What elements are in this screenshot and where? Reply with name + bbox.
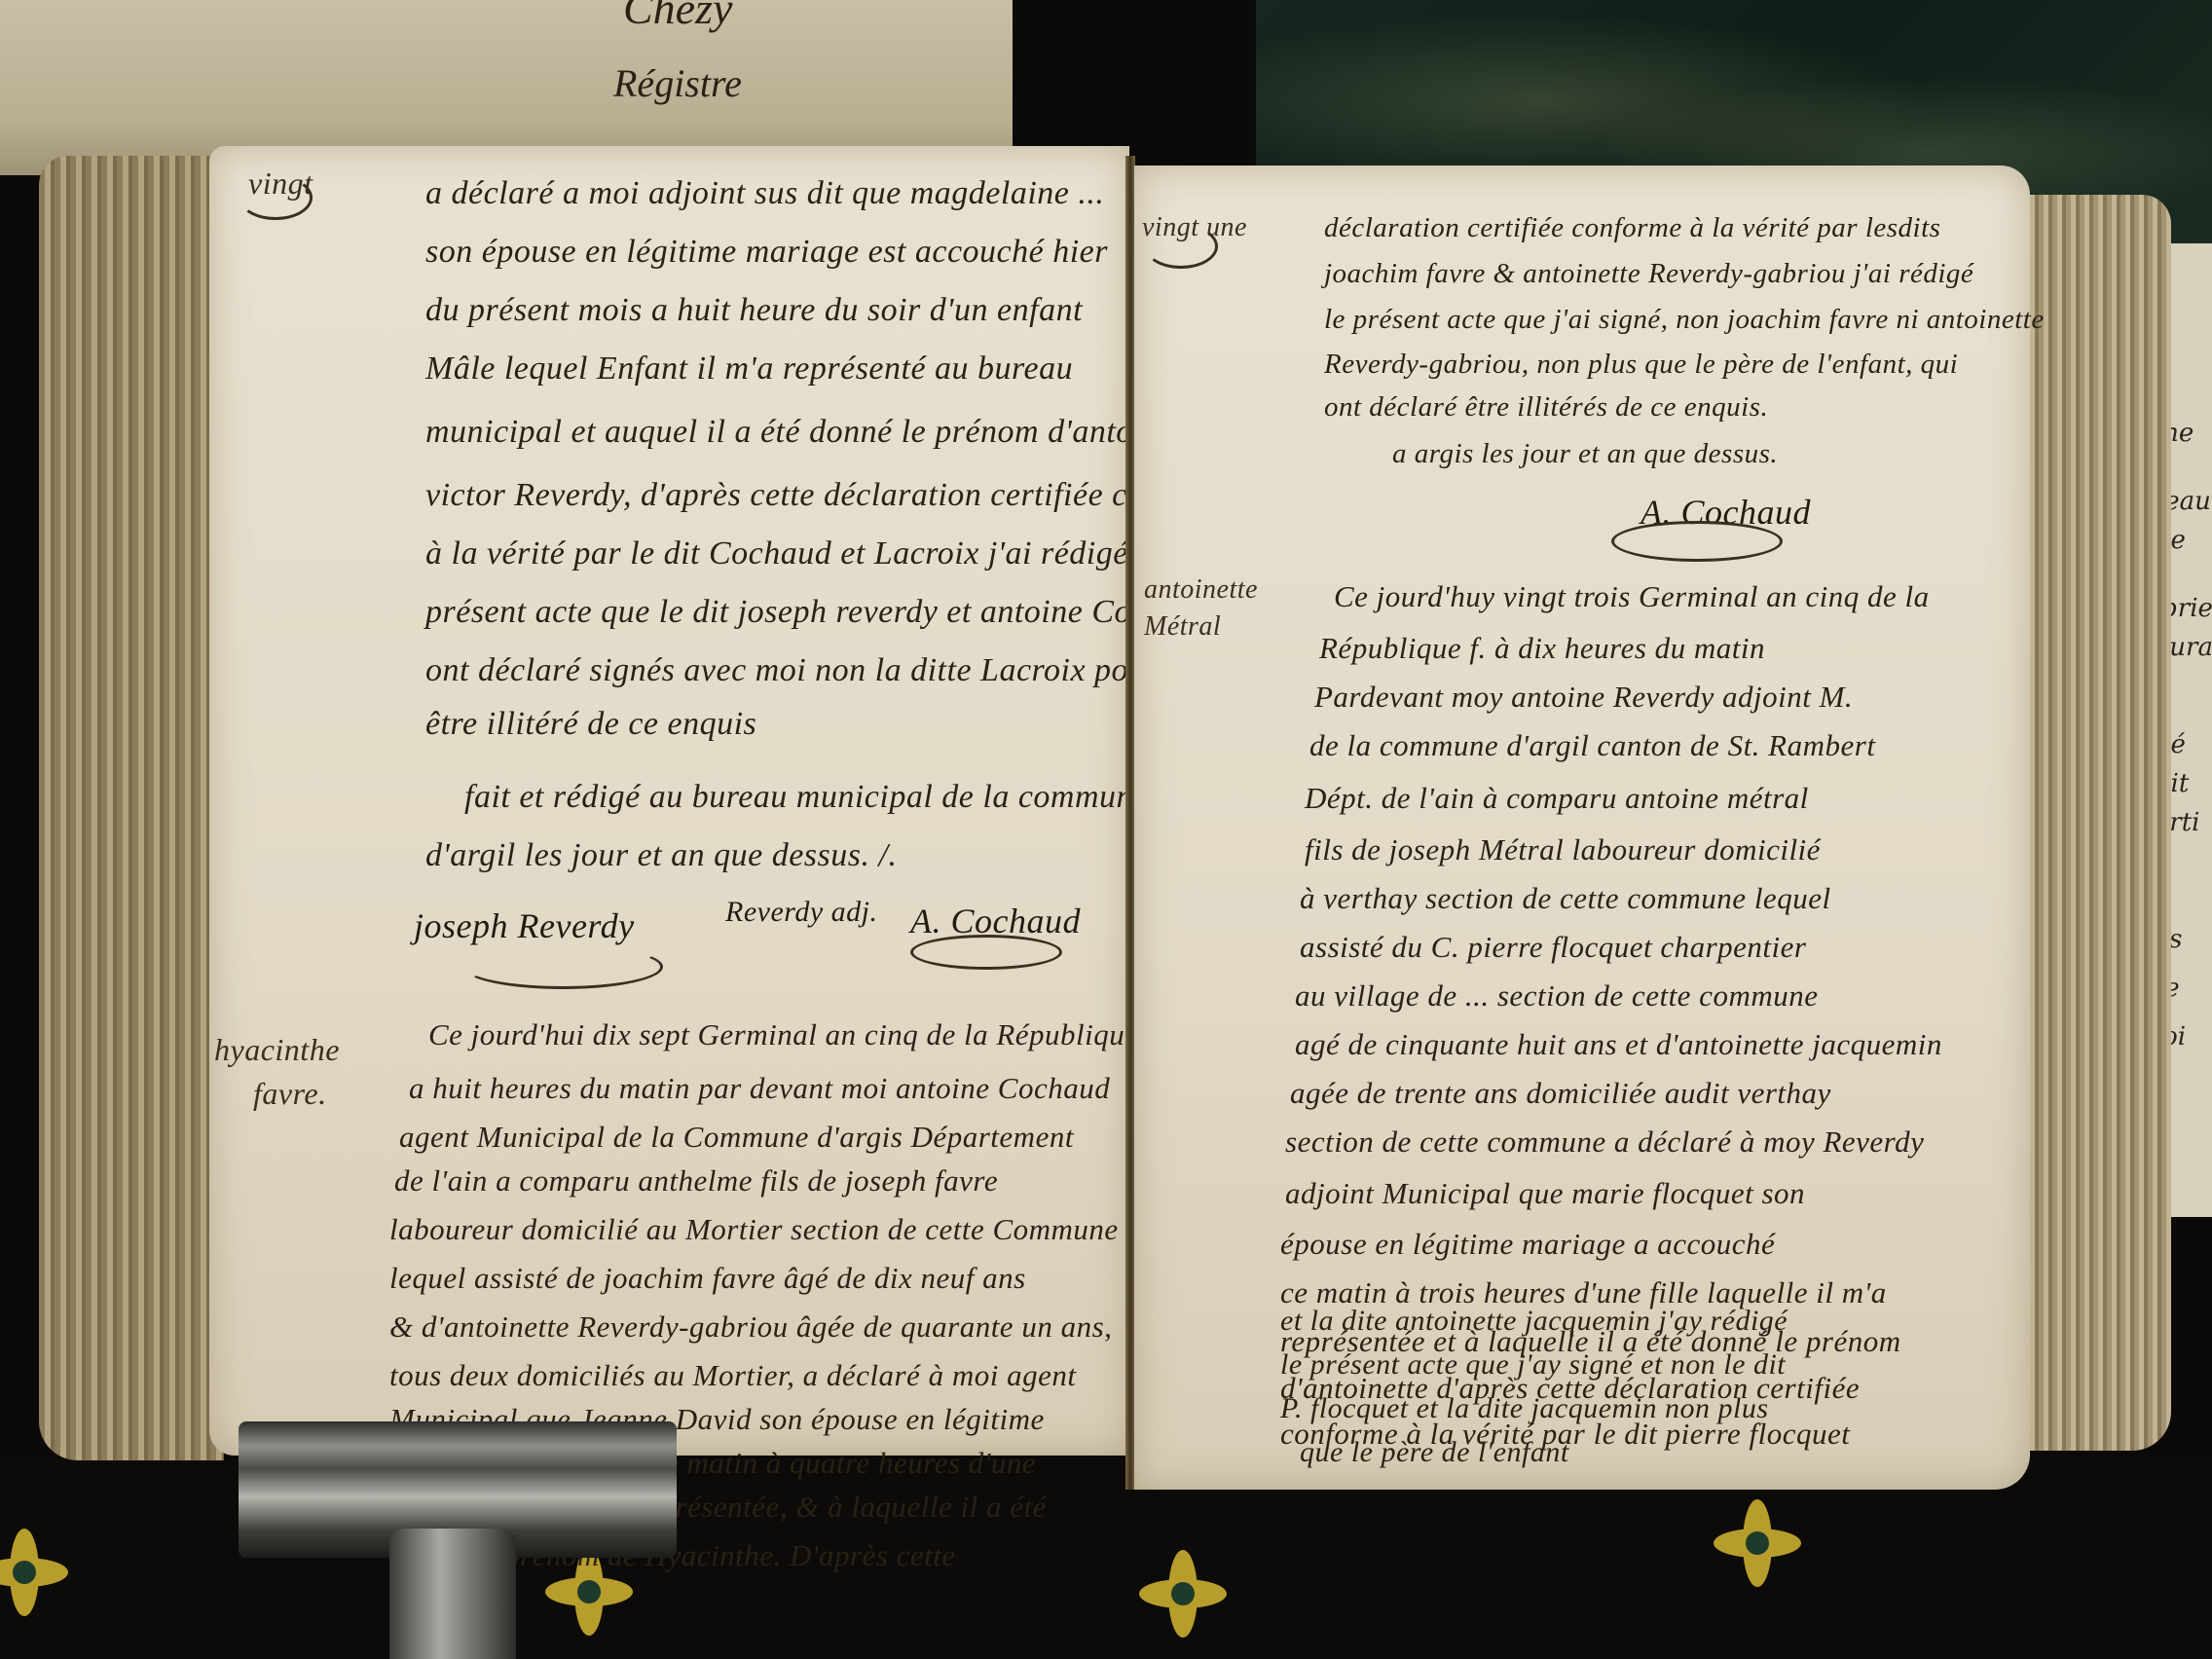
right-entry3-line: que le père de l'enfant bbox=[1300, 1436, 1569, 1469]
background-note-register: Régistre bbox=[613, 60, 742, 106]
signature-flourish bbox=[1611, 521, 1783, 562]
left-entry1-line: être illitéré de ce enquis bbox=[425, 706, 756, 743]
signature-flourish bbox=[910, 935, 1062, 970]
left-entry2-line: de l'ain a comparu anthelme fils de jose… bbox=[394, 1163, 998, 1198]
margin-note-metral: Métral bbox=[1144, 611, 1221, 643]
left-page: vingt a déclaré a moi adjoint sus dit qu… bbox=[209, 146, 1129, 1456]
right-entry3-line: Pardevant moy antoine Reverdy adjoint M. bbox=[1314, 680, 1853, 715]
flourish bbox=[1144, 224, 1218, 269]
left-entry1-line: municipal et auquel il a été donné le pr… bbox=[425, 414, 1160, 451]
left-entry2-line: Ce jourd'hui dix sept Germinal an cinq d… bbox=[428, 1017, 1139, 1052]
left-entry1-line: Mâle lequel Enfant il m'a représenté au … bbox=[425, 350, 1073, 387]
right-entry3-line: à verthay section de cette commune leque… bbox=[1300, 881, 1831, 916]
right-entry3-line: le présent acte que j'ay signé et non le… bbox=[1280, 1348, 1786, 1382]
right-entry3-line: Dépt. de l'ain à comparu antoine métral bbox=[1305, 781, 1809, 816]
left-entry2-line: lequel assisté de joachim favre âgé de d… bbox=[389, 1261, 1026, 1296]
right-entry3-line: agée de trente ans domiciliée audit vert… bbox=[1290, 1076, 1831, 1111]
flower-icon bbox=[0, 1529, 68, 1616]
right-entry3-line: République f. à dix heures du matin bbox=[1319, 631, 1765, 666]
margin-note-antoinette: antoinette bbox=[1144, 574, 1258, 606]
right-entry3-line: assisté du C. pierre flocquet charpentie… bbox=[1300, 930, 1806, 965]
left-entry2-line: agent Municipal de la Commune d'argis Dé… bbox=[399, 1120, 1074, 1155]
right-entry3-line: agé de cinquante huit ans et d'antoinett… bbox=[1295, 1027, 1942, 1062]
left-entry2-line: a huit heures du matin par devant moi an… bbox=[409, 1071, 1110, 1106]
right-entry2-line: le présent acte que j'ai signé, non joac… bbox=[1324, 304, 2045, 336]
left-entry1-line: fait et rédigé au bureau municipal de la… bbox=[464, 779, 1149, 816]
margin-note-hyacinthe: hyacinthe bbox=[214, 1032, 340, 1068]
right-entry3-line: épouse en légitime mariage a accouché bbox=[1280, 1227, 1775, 1262]
right-page: vingt une déclaration certifiée conforme… bbox=[1134, 166, 2030, 1490]
book-edge-right bbox=[2025, 195, 2171, 1451]
book-edge-left bbox=[39, 156, 224, 1460]
left-entry1-line: victor Reverdy, d'après cette déclaratio… bbox=[425, 477, 1241, 514]
right-entry2-line: Reverdy-gabriou, non plus que le père de… bbox=[1324, 349, 1958, 381]
right-entry2-line: a argis les jour et an que dessus. bbox=[1392, 438, 1778, 470]
left-entry2-line: laboureur domicilié au Mortier section d… bbox=[389, 1212, 1119, 1247]
right-entry3-line: de la commune d'argil canton de St. Ramb… bbox=[1309, 728, 1875, 763]
right-entry2-line: déclaration certifiée conforme à la véri… bbox=[1324, 212, 1940, 244]
left-entry1-line: à la vérité par le dit Cochaud et Lacroi… bbox=[425, 535, 1161, 572]
left-entry1-line: présent acte que le dit joseph reverdy e… bbox=[425, 594, 1215, 631]
left-entry2-line: & d'antoinette Reverdy-gabriou âgée de q… bbox=[389, 1309, 1112, 1345]
right-entry2-line: ont déclaré être illitérés de ce enquis. bbox=[1324, 391, 1768, 424]
signature-reverdy-adjoint: Reverdy adj. bbox=[725, 896, 877, 929]
background-note-top: Chézy bbox=[623, 0, 732, 34]
left-entry1-line: a déclaré a moi adjoint sus dit que magd… bbox=[425, 175, 1104, 212]
left-entry1-line: du présent mois a huit heure du soir d'u… bbox=[425, 292, 1083, 329]
metal-clip-stem bbox=[389, 1529, 516, 1659]
right-entry3-line: adjoint Municipal que marie flocquet son bbox=[1285, 1176, 1805, 1211]
flower-icon bbox=[1139, 1550, 1227, 1638]
margin-note-favre: favre. bbox=[253, 1076, 327, 1112]
left-entry1-line: d'argil les jour et an que dessus. /. bbox=[425, 837, 897, 874]
right-entry2-line: joachim favre & antoinette Reverdy-gabri… bbox=[1324, 258, 1973, 290]
left-entry2-line: tous deux domiciliés au Mortier, a décla… bbox=[389, 1358, 1076, 1393]
left-entry1-line: son épouse en légitime mariage est accou… bbox=[425, 234, 1108, 271]
signature-joseph-reverdy: joseph Reverdy bbox=[414, 905, 635, 946]
flower-icon bbox=[1714, 1499, 1801, 1587]
flourish bbox=[239, 175, 313, 220]
right-entry3-line: fils de joseph Métral laboureur domicili… bbox=[1305, 832, 1821, 867]
right-entry3-line: et la dite antoinette jacquemin j'ay réd… bbox=[1280, 1305, 1788, 1338]
signature-flourish bbox=[462, 944, 663, 989]
right-entry3-line: P. flocquet et la dite jacquemin non plu… bbox=[1280, 1392, 1769, 1425]
left-entry1-line: ont déclaré signés avec moi non la ditte… bbox=[425, 652, 1159, 689]
right-entry3-line: au village de ... section de cette commu… bbox=[1295, 978, 1818, 1014]
right-entry3-line: Ce jourd'huy vingt trois Germinal an cin… bbox=[1334, 579, 1930, 614]
right-entry3-line: section de cette commune a déclaré à moy… bbox=[1285, 1124, 1924, 1160]
